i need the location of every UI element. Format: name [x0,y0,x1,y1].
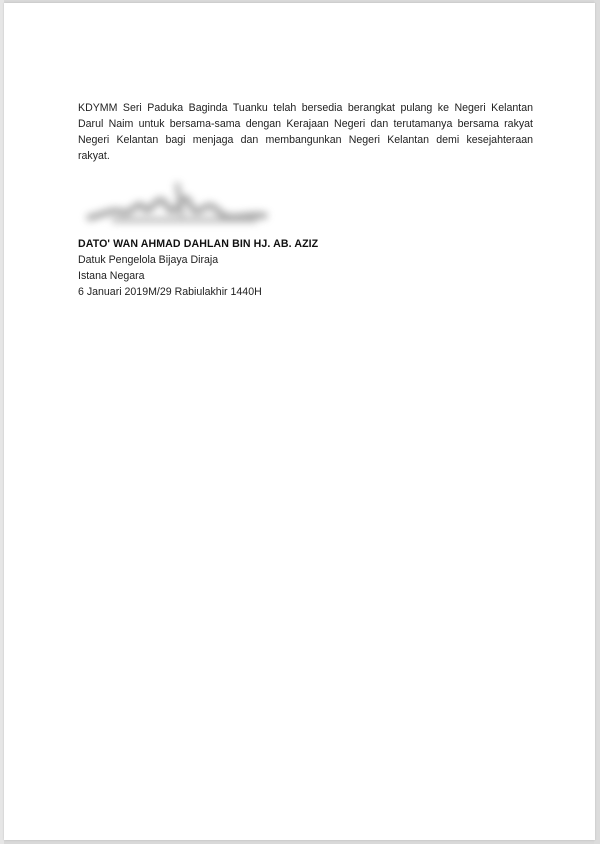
signatory-block: DATO' WAN AHMAD DAHLAN BIN HJ. AB. AZIZ … [78,236,318,300]
signatory-office: Istana Negara [78,268,318,284]
signature-icon [82,178,272,226]
document-page: KDYMM Seri Paduka Baginda Tuanku telah b… [4,3,595,840]
document-date: 6 Januari 2019M/29 Rabiulakhir 1440H [78,284,318,300]
signatory-name: DATO' WAN AHMAD DAHLAN BIN HJ. AB. AZIZ [78,236,318,252]
signatory-title: Datuk Pengelola Bijaya Diraja [78,252,318,268]
body-paragraph: KDYMM Seri Paduka Baginda Tuanku telah b… [78,100,533,164]
